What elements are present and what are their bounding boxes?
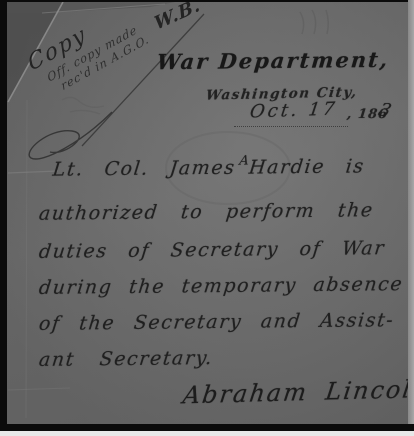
lower-left-crease (8, 388, 70, 390)
vertical-crease (26, 100, 27, 418)
pen-flourish (29, 112, 112, 159)
body-line-2: authorized to perform the (38, 199, 375, 225)
letterhead-department: War Department, (156, 47, 391, 74)
date-year-digit-handwritten: 3 (376, 100, 394, 122)
body-line-6: ant Secretary. (38, 347, 215, 371)
date-day-handwritten: Oct. 17 (249, 98, 339, 122)
lincoln-signature: Abraham Lincoln, (181, 375, 414, 410)
body-line-1-post: Hardie is (248, 155, 366, 178)
body-line-1-pre: Lt. Col. James (52, 157, 237, 181)
date-dotted-rule (234, 126, 348, 127)
scanned-letter-page: Copy Off. copy made rec'd in A.G.O. W.B.… (0, 0, 414, 436)
left-crease (8, 171, 58, 173)
body-line-4: during the temporary absence (38, 273, 405, 299)
scan-right-edge (408, 0, 414, 424)
body-line-5: of the Secretary and Assist- (38, 309, 396, 335)
bleedthrough-marks-left (62, 97, 104, 114)
bleedthrough-marks-top (300, 10, 328, 34)
body-line-1: Lt. Col. JamesAHardie is (52, 152, 367, 180)
paper: Copy Off. copy made rec'd in A.G.O. W.B.… (7, 2, 408, 424)
scan-bottom-strip (0, 431, 414, 436)
body-line-3: duties of Secretary of War (38, 237, 387, 263)
